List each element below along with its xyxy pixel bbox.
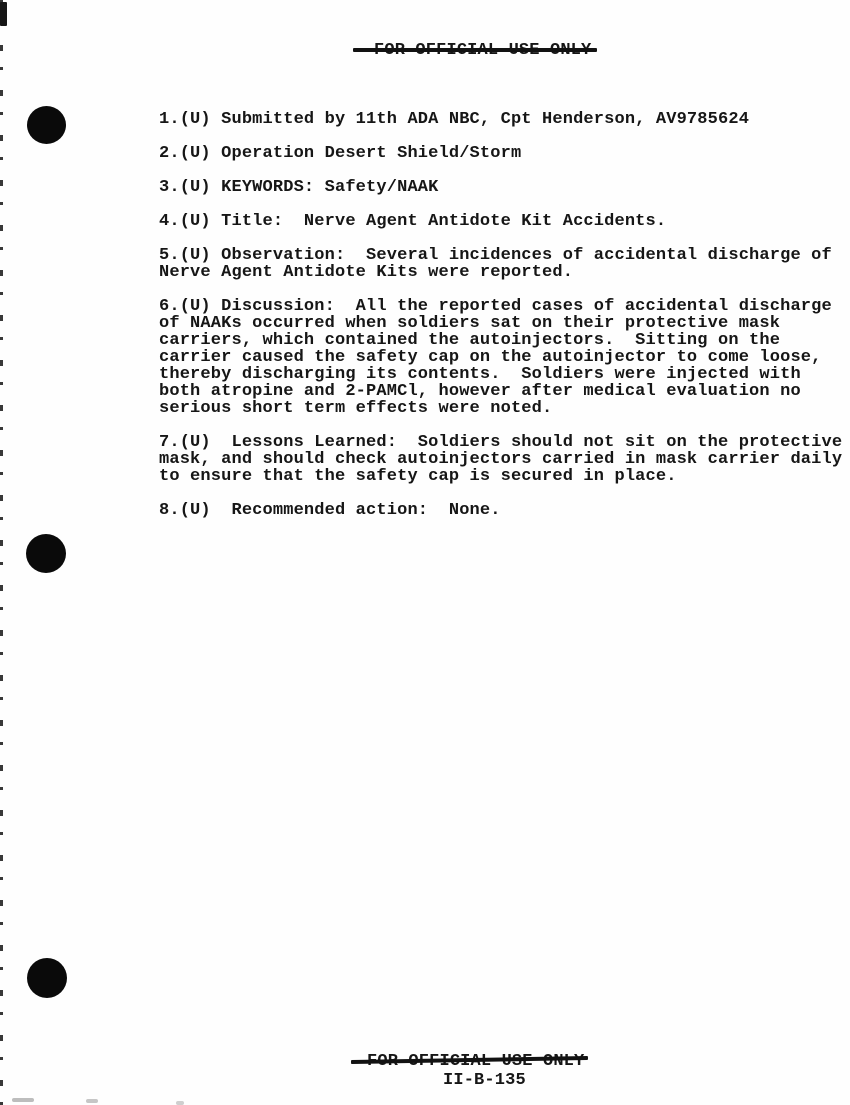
paragraph-5-observation: 5.(U) Observation: Several incidences of… bbox=[159, 247, 842, 281]
paragraph-6-discussion: 6.(U) Discussion: All the reported cases… bbox=[159, 298, 842, 417]
scan-edge-artifact bbox=[0, 0, 3, 1105]
paragraph-4-title: 4.(U) Title: Nerve Agent Antidote Kit Ac… bbox=[159, 213, 842, 230]
hole-punch-middle bbox=[26, 534, 66, 573]
scan-smudge bbox=[86, 1099, 98, 1103]
page-header: FOR OFFICIAL USE ONLY bbox=[374, 42, 591, 59]
page-footer: FOR OFFICIAL USE ONLY bbox=[367, 1053, 584, 1070]
hole-punch-top bbox=[27, 106, 66, 144]
scanned-document-page: FOR OFFICIAL USE ONLY 1.(U) Submitted by… bbox=[0, 0, 850, 1105]
paragraph-2-operation: 2.(U) Operation Desert Shield/Storm bbox=[159, 145, 842, 162]
classification-banner-bottom: FOR OFFICIAL USE ONLY bbox=[367, 1053, 584, 1070]
scan-smudge bbox=[176, 1101, 184, 1105]
paragraph-8-recommended-action: 8.(U) Recommended action: None. bbox=[159, 502, 842, 519]
scan-smudge bbox=[12, 1098, 34, 1102]
paragraph-3-keywords: 3.(U) KEYWORDS: Safety/NAAK bbox=[159, 179, 842, 196]
hole-punch-bottom bbox=[27, 958, 67, 998]
paragraph-7-lessons-learned: 7.(U) Lessons Learned: Soldiers should n… bbox=[159, 434, 842, 485]
scan-corner-artifact bbox=[0, 2, 7, 26]
document-body: 1.(U) Submitted by 11th ADA NBC, Cpt Hen… bbox=[159, 111, 842, 536]
page-number: II-B-135 bbox=[443, 1072, 526, 1089]
classification-banner-top: FOR OFFICIAL USE ONLY bbox=[374, 42, 591, 59]
paragraph-1-submitted-by: 1.(U) Submitted by 11th ADA NBC, Cpt Hen… bbox=[159, 111, 842, 128]
